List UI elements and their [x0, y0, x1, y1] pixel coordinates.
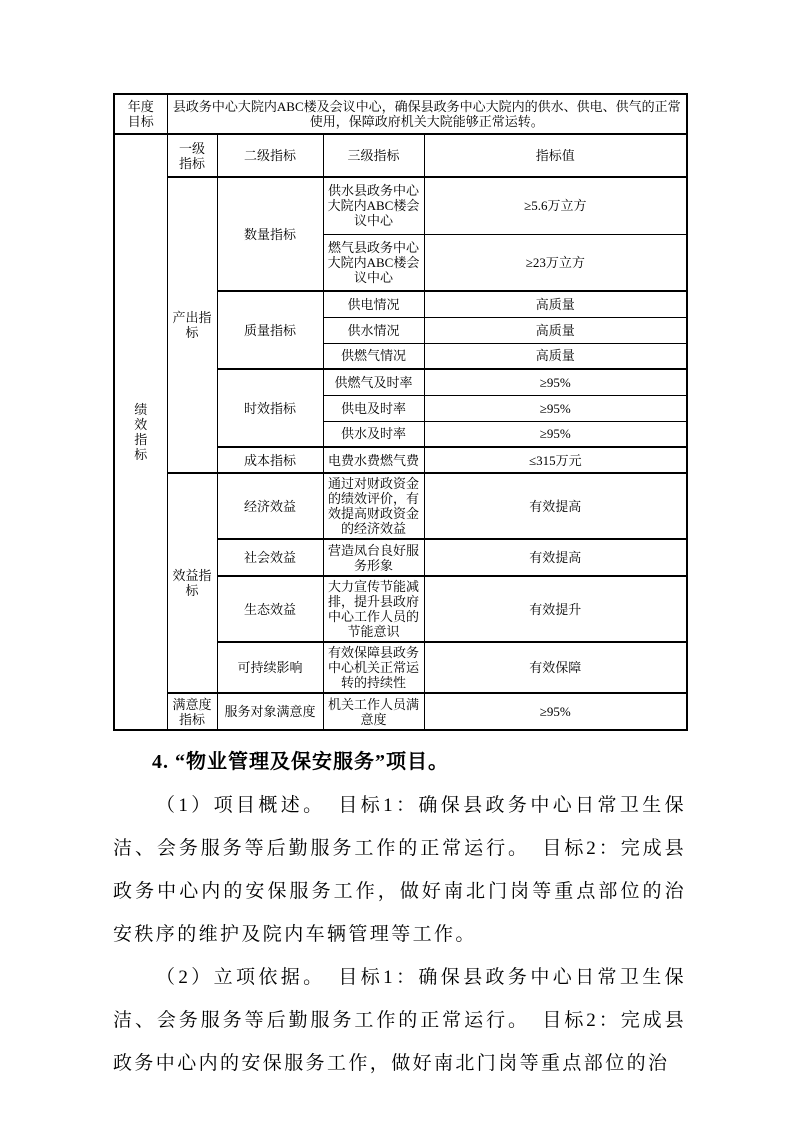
- header-level2: 二级指标: [217, 134, 323, 177]
- indicator-value: ≥95%: [424, 395, 687, 421]
- satisfaction-indicator-cell: 满意度指标: [167, 693, 217, 730]
- indicator-value: 高质量: [424, 291, 687, 317]
- table-row: 效益指标 经济效益 通过对财政资金的绩效评价，有效提高财政资金的经济效益 有效提…: [114, 473, 687, 539]
- indicator-value: ≥5.6万立方: [424, 177, 687, 234]
- header-value: 指标值: [424, 134, 687, 177]
- social-benefit-cell: 社会效益: [217, 539, 323, 576]
- timeliness-indicator-cell: 时效指标: [217, 369, 323, 447]
- performance-indicator-table: 年度目标 县政务中心大院内ABC楼及会议中心，确保县政务中心大院内的供水、供电、…: [113, 93, 688, 731]
- indicator-name: 供水情况: [323, 317, 424, 343]
- document-page: 年度目标 县政务中心大院内ABC楼及会议中心，确保县政务中心大院内的供水、供电、…: [0, 0, 793, 1122]
- indicator-name: 供燃气情况: [323, 343, 424, 369]
- indicator-name: 燃气县政务中心大院内ABC楼会议中心: [323, 234, 424, 291]
- output-indicator-cell: 产出指标: [167, 177, 217, 473]
- indicator-name: 供电情况: [323, 291, 424, 317]
- section-heading: 4. “物业管理及保安服务”项目。: [113, 741, 686, 784]
- indicator-name: 营造凤台良好服务形象: [323, 539, 424, 576]
- header-level3: 三级指标: [323, 134, 424, 177]
- cost-indicator-cell: 成本指标: [217, 447, 323, 473]
- annual-goal-label: 年度目标: [127, 99, 155, 129]
- indicator-value: ≤315万元: [424, 447, 687, 473]
- header-level1: 一级指标: [167, 134, 217, 177]
- indicator-name: 有效保障县政务中心机关正常运转的持续性: [323, 642, 424, 693]
- indicator-value: 高质量: [424, 317, 687, 343]
- indicator-value: ≥23万立方: [424, 234, 687, 291]
- indicator-name: 供水及时率: [323, 421, 424, 447]
- indicator-value: 高质量: [424, 343, 687, 369]
- table-header-row: 绩效指标 一级指标 二级指标 三级指标 指标值: [114, 134, 687, 177]
- table-row: 满意度指标 服务对象满意度 机关工作人员满意度 ≥95%: [114, 693, 687, 730]
- indicator-name: 供电及时率: [323, 395, 424, 421]
- indicator-name: 大力宣传节能减排，提升县政府中心工作人员的节能意识: [323, 576, 424, 642]
- indicator-name: 电费水费燃气费: [323, 447, 424, 473]
- indicator-name: 供燃气及时率: [323, 369, 424, 395]
- quantity-indicator-cell: 数量指标: [217, 177, 323, 291]
- perf-indicator-label: 绩效指标: [134, 402, 148, 462]
- benefit-indicator-cell: 效益指标: [167, 473, 217, 693]
- indicator-value: 有效保障: [424, 642, 687, 693]
- indicator-name: 供水县政务中心大院内ABC楼会议中心: [323, 177, 424, 234]
- annual-goal-text: 县政务中心大院内ABC楼及会议中心，确保县政务中心大院内的供水、供电、供气的正常…: [167, 94, 687, 134]
- indicator-name: 机关工作人员满意度: [323, 693, 424, 730]
- paragraph-project-overview: （1）项目概述。 目标1：确保县政务中心日常卫生保洁、会务服务等后勤服务工作的正…: [113, 784, 686, 956]
- indicator-value: ≥95%: [424, 421, 687, 447]
- indicator-value: ≥95%: [424, 693, 687, 730]
- table-row: 产出指标 数量指标 供水县政务中心大院内ABC楼会议中心 ≥5.6万立方: [114, 177, 687, 234]
- perf-indicator-label-cell: 绩效指标: [114, 134, 167, 730]
- satisfaction-l2: 服务对象满意度: [217, 693, 323, 730]
- economic-benefit-cell: 经济效益: [217, 473, 323, 539]
- indicator-value: 有效提高: [424, 473, 687, 539]
- quality-indicator-cell: 质量指标: [217, 291, 323, 369]
- ecological-benefit-cell: 生态效益: [217, 576, 323, 642]
- indicator-value: ≥95%: [424, 369, 687, 395]
- indicator-name: 通过对财政资金的绩效评价，有效提高财政资金的经济效益: [323, 473, 424, 539]
- sustainable-impact-cell: 可持续影响: [217, 642, 323, 693]
- indicator-value: 有效提升: [424, 576, 687, 642]
- paragraph-project-basis: （2）立项依据。 目标1：确保县政务中心日常卫生保洁、会务服务等后勤服务工作的正…: [113, 956, 686, 1085]
- table-row: 年度目标 县政务中心大院内ABC楼及会议中心，确保县政务中心大院内的供水、供电、…: [114, 94, 687, 134]
- annual-goal-label-cell: 年度目标: [114, 94, 167, 134]
- indicator-value: 有效提高: [424, 539, 687, 576]
